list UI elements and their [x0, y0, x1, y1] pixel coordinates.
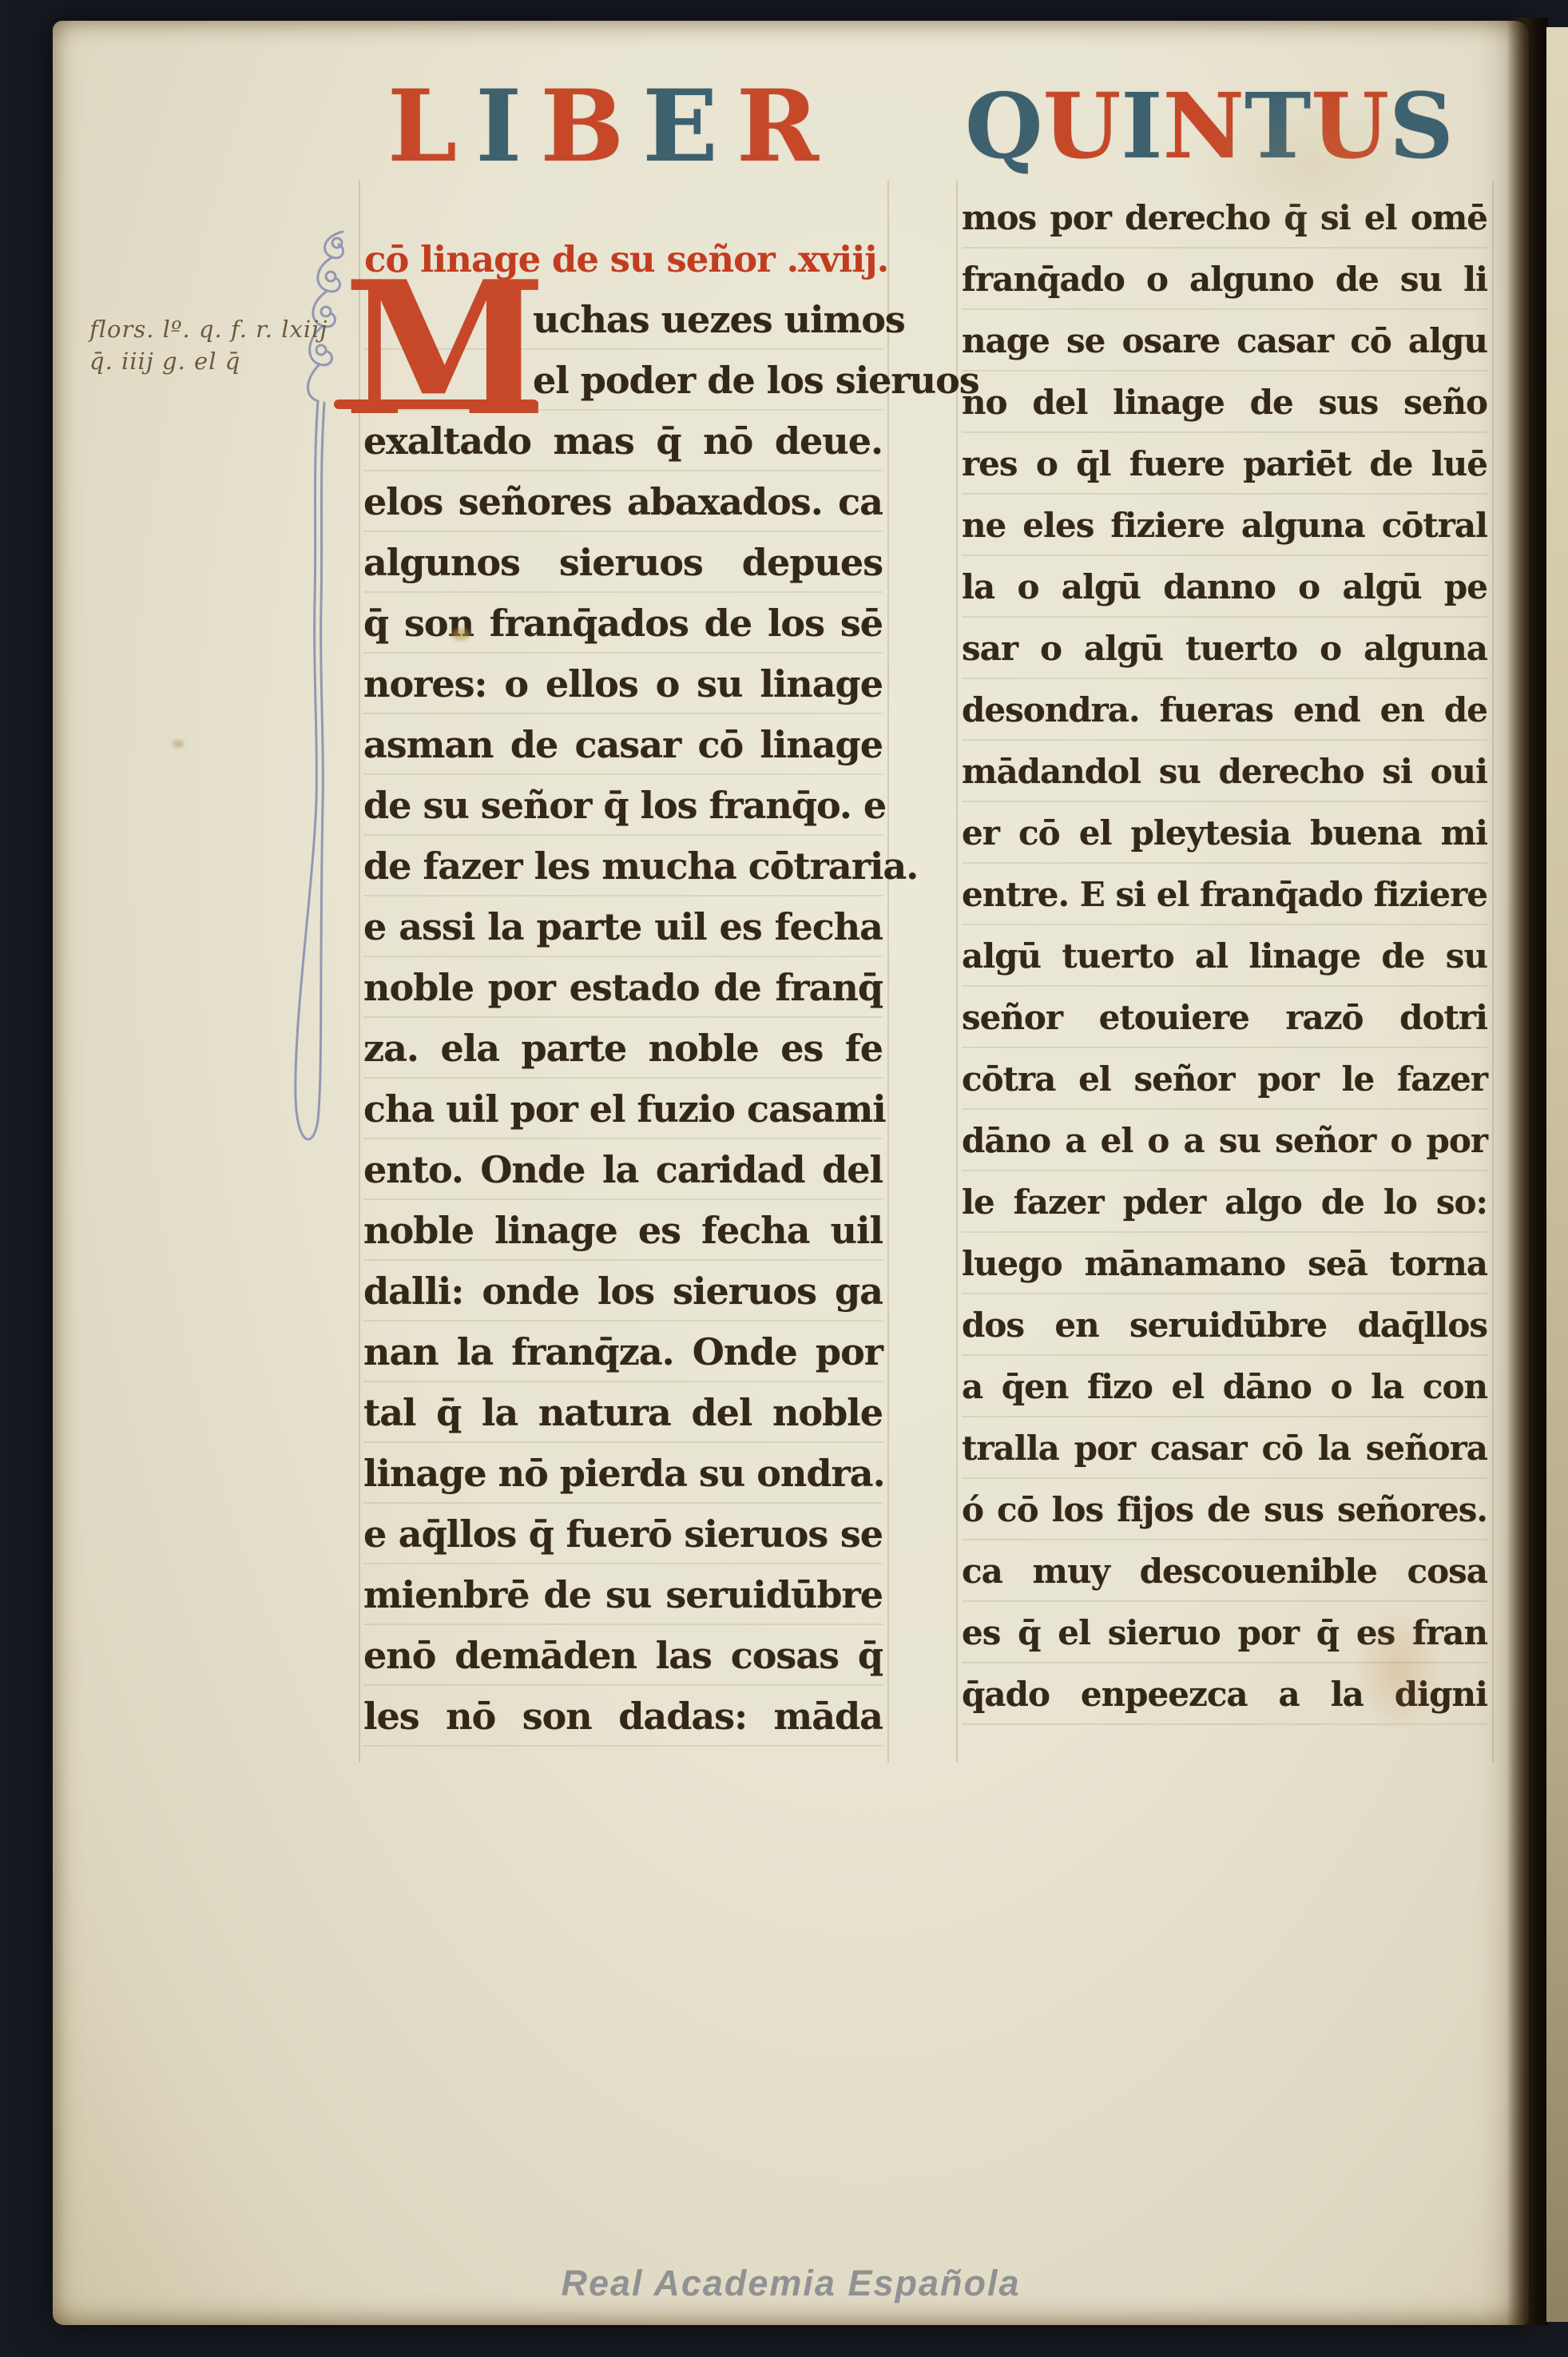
ruling-line-vertical	[359, 181, 360, 1763]
header-letter: B	[540, 67, 624, 187]
text-line: les nō son dadas: māda	[363, 1686, 883, 1747]
text-line: algū tuerto al linage de su	[962, 925, 1487, 987]
text-line: linage nō pierda su ondra.	[363, 1443, 883, 1504]
text-line: entre. E si el franq̄ado fiziere	[962, 864, 1487, 925]
text-line: za. ela parte noble es fe	[363, 1018, 883, 1079]
header-letter: U	[1311, 67, 1389, 187]
text-line: q̄ son franq̄ados de los sē	[363, 593, 883, 654]
header-letter: I	[1121, 67, 1162, 187]
text-line: señor etouiere razō dotri	[962, 987, 1487, 1048]
text-line: desondra. fueras end en de	[962, 679, 1487, 741]
text-line: la o algū danno o algū pe	[962, 556, 1487, 618]
text-line: no del linage de sus seño	[962, 372, 1487, 433]
library-caption: Real Academia Española	[53, 2263, 1529, 2304]
manuscript-photo: LIBER QUINTUS cō linage de su señor .xvi…	[0, 0, 1568, 2357]
text-line: mos por derecho q̄ si el omē	[962, 187, 1487, 248]
text-line: exaltado mas q̄ nō deue.	[363, 411, 883, 471]
text-line: dos en seruidūbre daq̄llos	[962, 1294, 1487, 1356]
text-column-right: mos por derecho q̄ si el omēfranq̄ado o …	[962, 187, 1487, 1725]
next-page-edge	[1546, 27, 1568, 2322]
header-liber: LIBER	[387, 67, 819, 187]
header-letter: L	[387, 67, 457, 187]
header-quintus: QUINTUS	[965, 67, 1452, 187]
ruling-line-vertical	[1492, 181, 1494, 1763]
header-letter: E	[642, 67, 718, 187]
text-line: cōtra el señor por le fazer	[962, 1048, 1487, 1110]
text-line: enō demāden las cosas q̄	[363, 1625, 883, 1686]
text-line: es q̄ el sieruo por q̄ es fran	[962, 1602, 1487, 1663]
text-line: uchas uezes uimos	[363, 289, 883, 350]
text-line: dalli: onde los sieruos ga	[363, 1261, 883, 1322]
text-line: algunos sieruos depues	[363, 532, 883, 593]
header-letter: I	[475, 67, 522, 187]
text-line: noble linage es fecha uil	[363, 1200, 883, 1261]
text-line: elos señores abaxados. ca	[363, 471, 883, 532]
text-line: q̄ado enpeezca a la digni	[962, 1663, 1487, 1725]
text-line: tal q̄ la natura del noble	[363, 1382, 883, 1443]
text-line: franq̄ado o alguno de su li	[962, 248, 1487, 310]
header-letter: S	[1389, 67, 1454, 187]
margin-note-line: flors. lº. q. f. r. lxiij	[89, 313, 353, 345]
text-line: de fazer les mucha cōtraria.	[363, 836, 883, 896]
text-line: noble por estado de franq̄	[363, 957, 883, 1018]
text-line: luego mānamano seā torna	[962, 1233, 1487, 1294]
parchment-stain	[173, 740, 184, 748]
text-column-left: uchas uezes uimosel poder de los sieruos…	[363, 289, 883, 1747]
text-line: ó cō los fijos de sus señores.	[962, 1479, 1487, 1540]
margin-note-line: q̄. iiij g. el q̄	[89, 345, 353, 377]
text-line: a q̄en fizo el dāno o la con	[962, 1356, 1487, 1417]
text-line: sar o algū tuerto o alguna	[962, 618, 1487, 679]
text-line: le fazer pder algo de lo so:	[962, 1171, 1487, 1233]
text-line: cha uil por el fuzio casami	[363, 1079, 883, 1139]
text-line: dāno a el o a su señor o por	[962, 1110, 1487, 1171]
text-line: mādandol su derecho si oui	[962, 741, 1487, 802]
text-line: mienbrē de su seruidūbre	[363, 1564, 883, 1625]
text-line: res o q̄l fuere pariēt de luē	[962, 433, 1487, 495]
text-line: er cō el pleytesia buena mi	[962, 802, 1487, 864]
header-letter: U	[1043, 67, 1121, 187]
text-line: ento. Onde la caridad del	[363, 1139, 883, 1200]
text-line: nores: o ellos o su linage	[363, 654, 883, 714]
margin-note: flors. lº. q. f. r. lxiij q̄. iiij g. el…	[89, 313, 353, 377]
text-line: de su señor q̄ los franq̄o. e	[363, 775, 883, 836]
ruling-line-vertical	[887, 181, 889, 1763]
ruling-line-vertical	[956, 181, 958, 1763]
text-line: tralla por casar cō la señora	[962, 1417, 1487, 1479]
text-line: asman de casar cō linage	[363, 714, 883, 775]
header-letter: T	[1244, 67, 1311, 187]
page-gutter-shadow	[1506, 18, 1548, 2325]
text-line: nan la franq̄za. Onde por	[363, 1322, 883, 1382]
text-line: nage se osare casar cō algu	[962, 310, 1487, 372]
header-letter: N	[1163, 67, 1244, 187]
manuscript-page: LIBER QUINTUS cō linage de su señor .xvi…	[53, 21, 1529, 2325]
text-line: el poder de los sieruos	[363, 350, 883, 411]
text-line: ne eles fiziere alguna cōtral	[962, 495, 1487, 556]
header-letter: Q	[965, 67, 1043, 187]
header-letter: R	[736, 67, 819, 187]
text-line: e assi la parte uil es fecha	[363, 896, 883, 957]
text-line: e aq̄llos q̄ fuerō sieruos se	[363, 1504, 883, 1564]
text-line: ca muy descouenible cosa	[962, 1540, 1487, 1602]
